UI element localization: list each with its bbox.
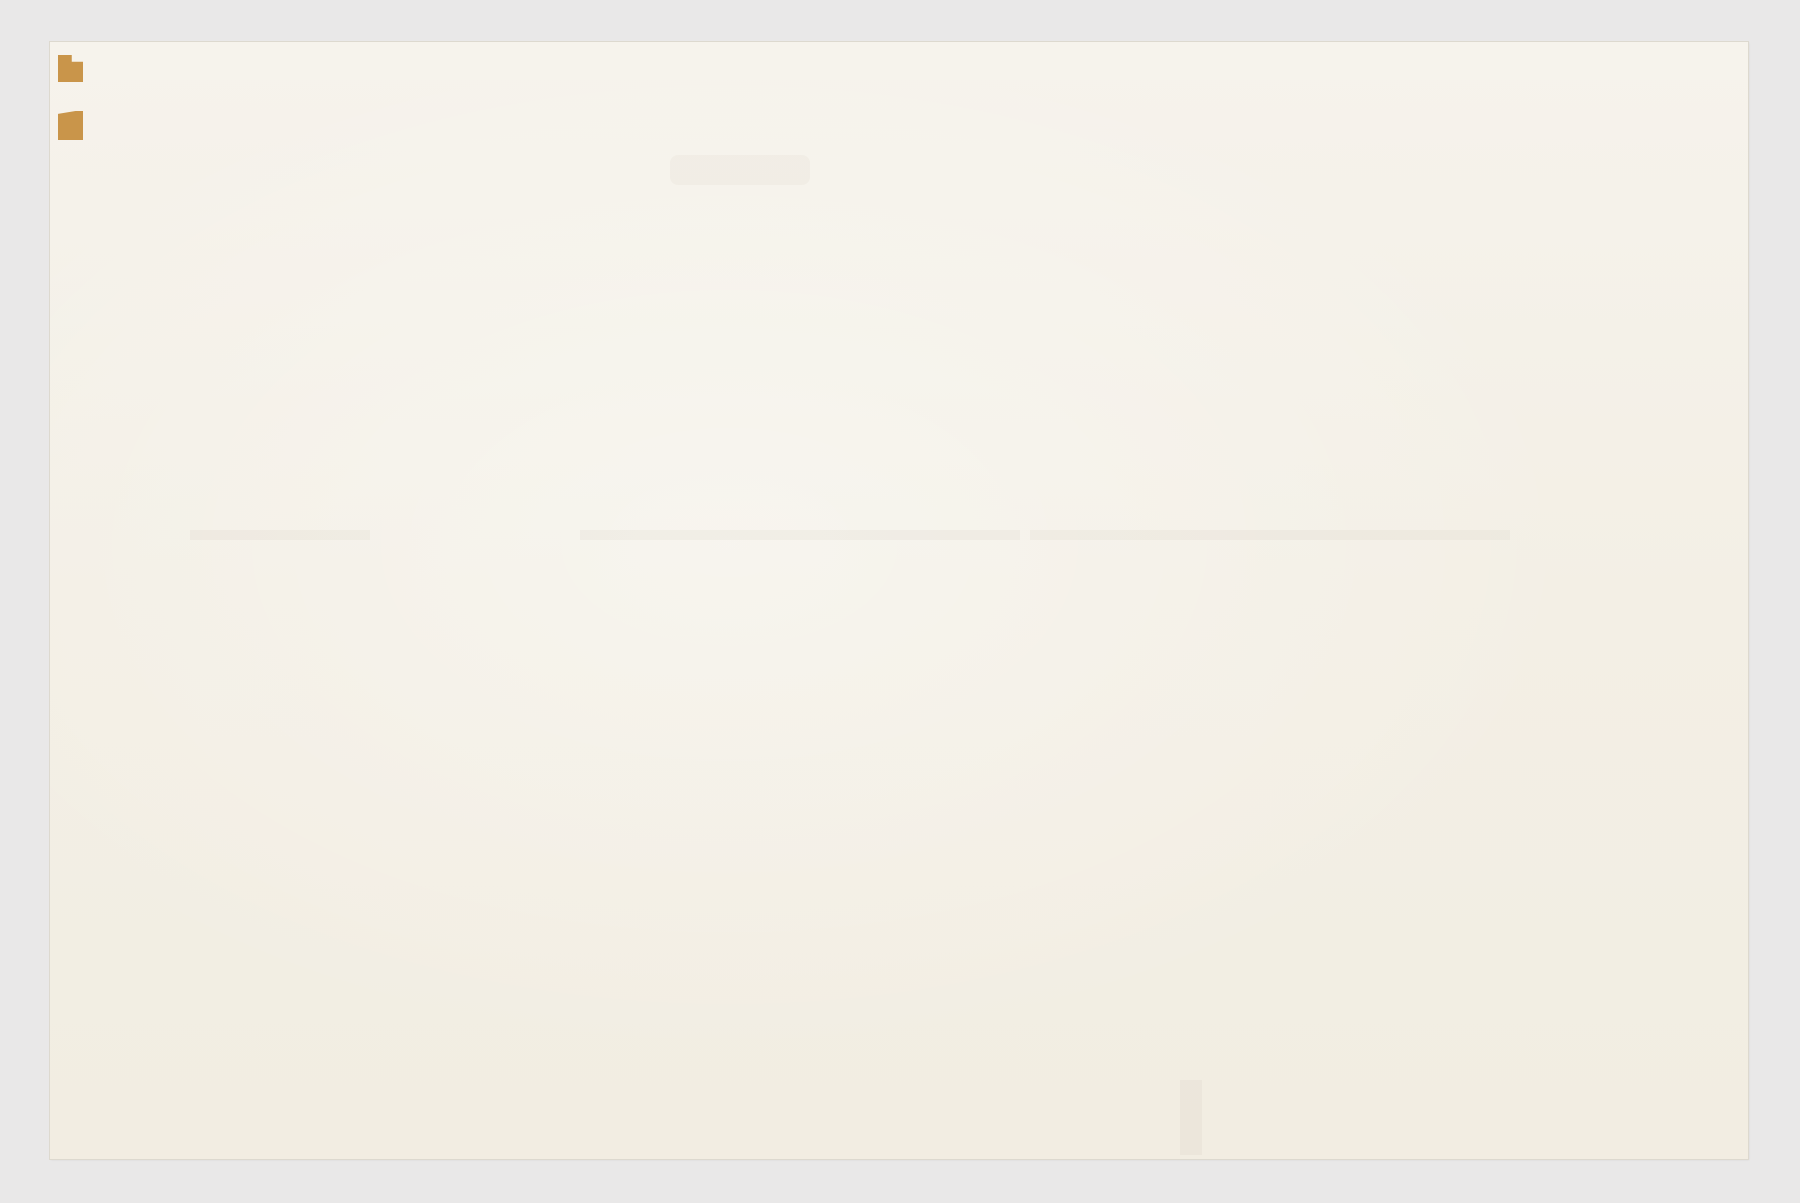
tape-remnant-bottom xyxy=(58,111,83,140)
smudge-mark xyxy=(670,155,810,185)
show-through-mark xyxy=(1030,530,1510,540)
show-through-mark xyxy=(190,530,370,540)
paper-sheet xyxy=(50,42,1748,1159)
show-through-mark xyxy=(580,530,1020,540)
paper-discoloration xyxy=(1180,1080,1202,1155)
